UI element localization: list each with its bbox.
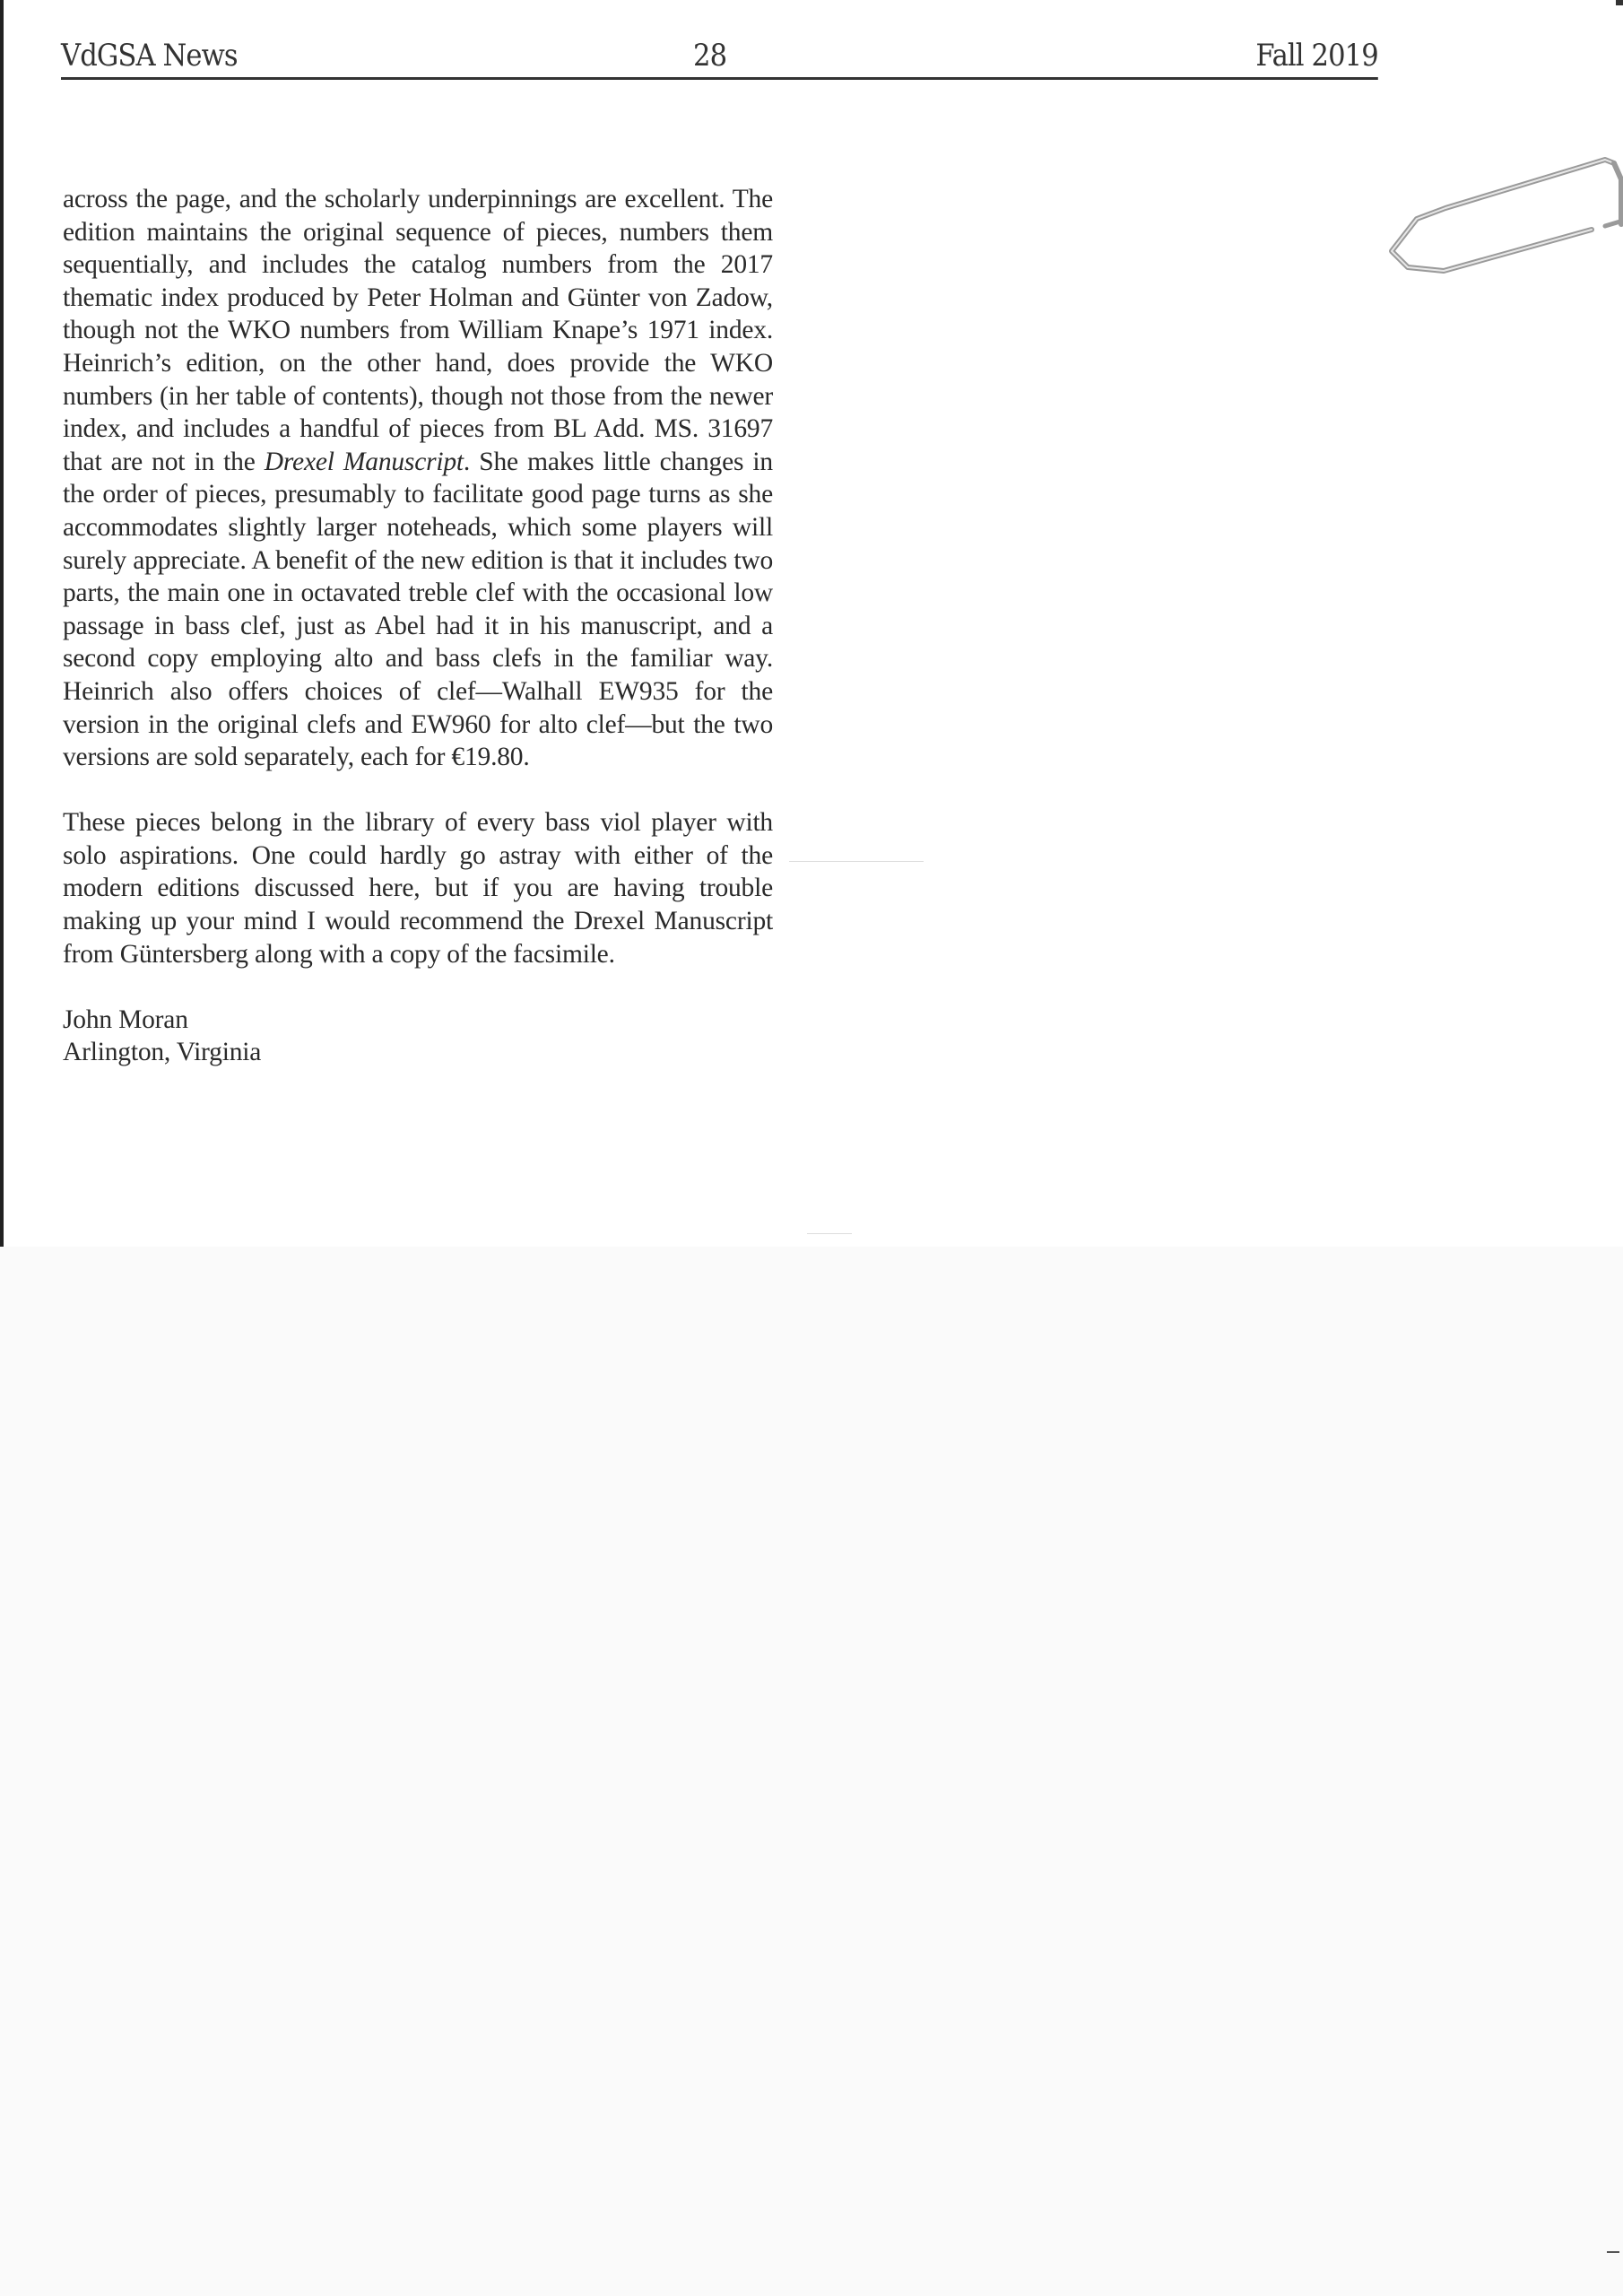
author-location: Arlington, Virginia	[63, 1036, 773, 1069]
scan-lower-area	[0, 1247, 1623, 2296]
paragraph-2: These pieces belong in the library of ev…	[63, 806, 773, 970]
publication-title: VdGSA News	[61, 38, 238, 74]
scan-mark	[1616, 0, 1623, 5]
italic-title: Drexel Manuscript	[265, 448, 464, 476]
article-column: across the page, and the scholarly under…	[63, 183, 773, 1069]
author-name: John Moran	[63, 1004, 773, 1037]
running-header: VdGSA News 28 Fall 2019	[61, 36, 1378, 80]
page-number: 28	[693, 38, 726, 74]
paperclip-icon	[1381, 152, 1623, 278]
signature-block: John Moran Arlington, Virginia	[63, 1004, 773, 1069]
paragraph-1: across the page, and the scholarly under…	[63, 183, 773, 774]
paragraph-text: . She makes little changes in the order …	[63, 448, 773, 771]
faint-scan-line	[789, 861, 924, 862]
faint-scan-line	[807, 1233, 852, 1234]
scan-edge-shadow	[0, 0, 4, 1247]
paragraph-text: across the page, and the scholarly under…	[63, 185, 773, 476]
issue-label: Fall 2019	[1255, 38, 1377, 74]
scan-mark	[1607, 2251, 1619, 2253]
